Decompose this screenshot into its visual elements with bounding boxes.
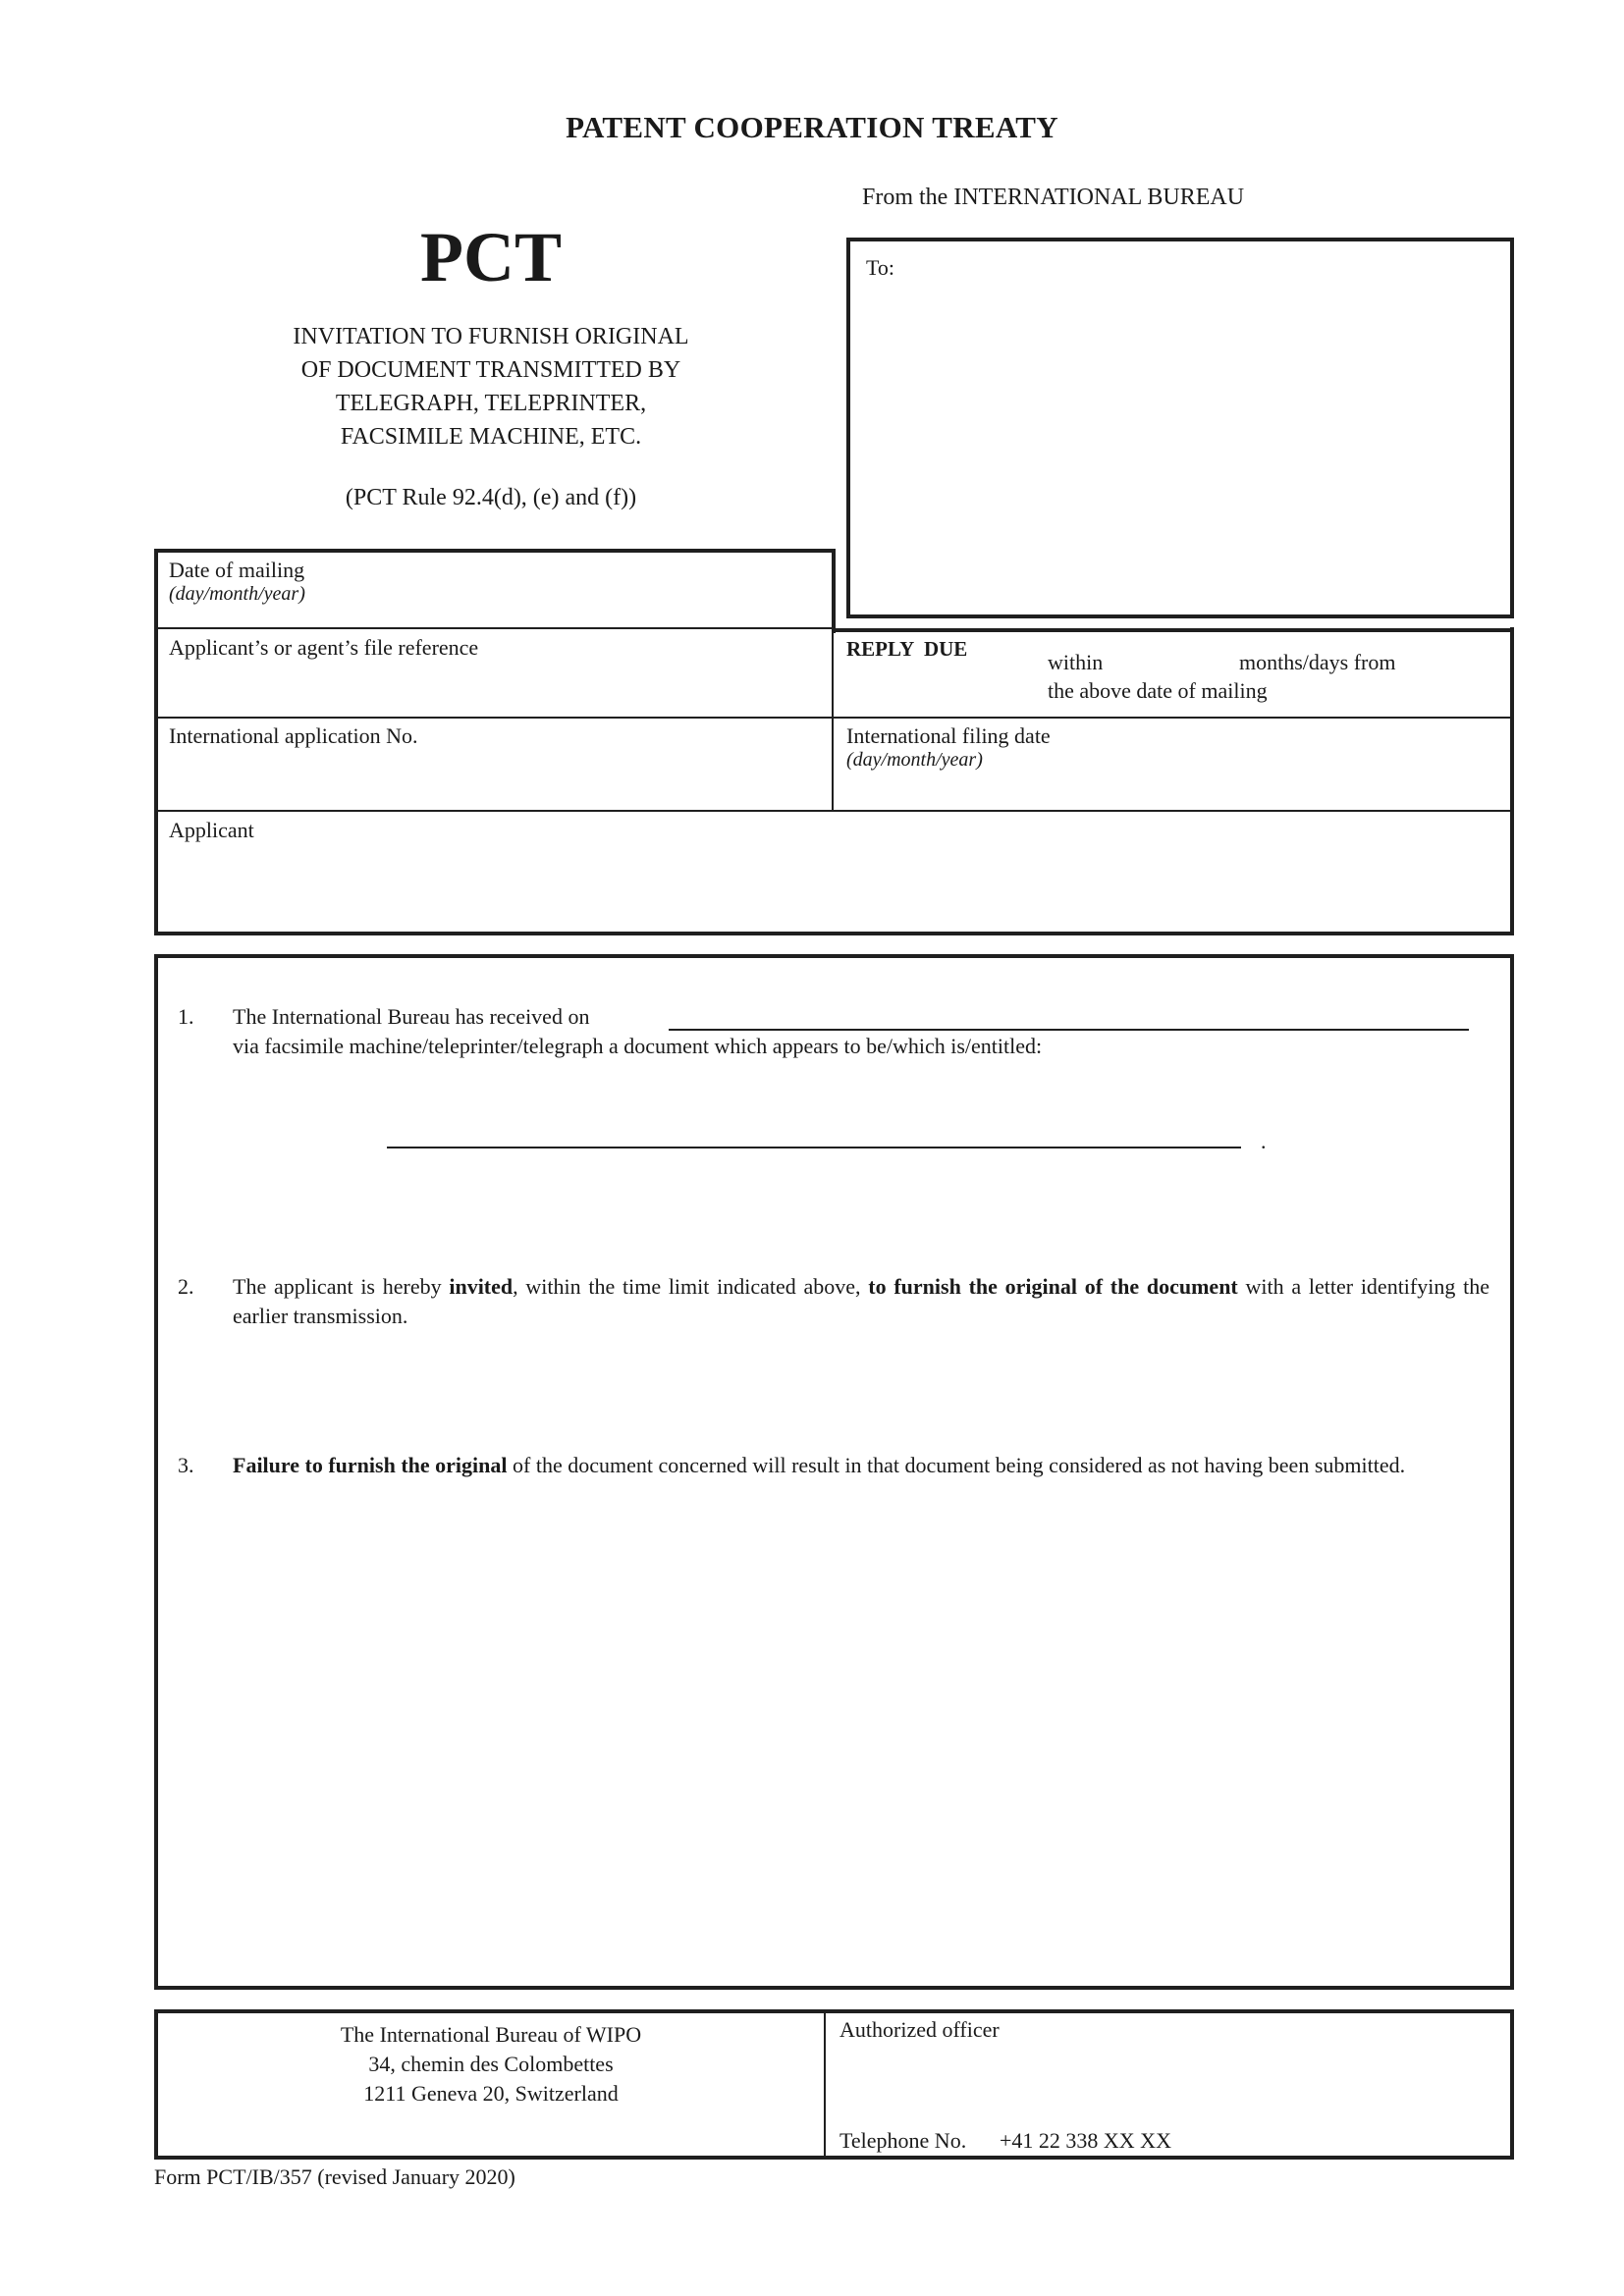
text-run: of the document concerned will result in… (508, 1453, 1406, 1477)
office-address: The International Bureau of WIPO 34, che… (158, 2020, 824, 2109)
text-run: The applicant is hereby (233, 1274, 449, 1299)
item-number: 1. (178, 1002, 194, 1032)
pct-logo-text: PCT (157, 218, 825, 296)
rule-reference: (PCT Rule 92.4(d), (e) and (f)) (157, 485, 825, 511)
treaty-title: PATENT COOPERATION TREATY (0, 110, 1624, 145)
item-1-line2: via facsimile machine/teleprinter/telegr… (233, 1032, 1042, 1061)
text-run-bold: invited (449, 1274, 513, 1299)
item-3-text: Failure to furnish the original of the d… (233, 1451, 1489, 1480)
file-reference-label: Applicant’s or agent’s file reference (169, 633, 478, 663)
form-caption: Form PCT/IB/357 (revised January 2020) (154, 2163, 515, 2192)
text-run-bold: to furnish the original of the document (868, 1274, 1237, 1299)
item-1-terminator: . (1261, 1127, 1267, 1156)
telephone-label: Telephone No. (839, 2126, 966, 2156)
document-title-blank[interactable] (387, 1147, 1241, 1148)
text-run-bold: Failure to furnish the original (233, 1453, 508, 1477)
item-1-line1: The International Bureau has received on (233, 1002, 589, 1032)
item-2-text: The applicant is hereby invited, within … (233, 1272, 1489, 1331)
applicant-label: Applicant (169, 816, 254, 845)
item-number: 2. (178, 1272, 194, 1302)
text-run: , within the time limit indicated above, (513, 1274, 868, 1299)
telephone-value: +41 22 338 XX XX (1000, 2126, 1171, 2156)
international-filing-date-label: International filing date (846, 721, 1051, 751)
form-title: INVITATION TO FURNISH ORIGINAL OF DOCUME… (157, 320, 825, 454)
international-filing-date-hint: (day/month/year) (846, 749, 983, 771)
from-line: From the INTERNATIONAL BUREAU (862, 183, 1244, 212)
international-application-no-label: International application No. (169, 721, 418, 751)
received-on-blank[interactable] (669, 1029, 1469, 1031)
date-of-mailing-hint: (day/month/year) (169, 583, 305, 605)
applicant-field[interactable] (154, 811, 1509, 931)
office-address-line: 1211 Geneva 20, Switzerland (158, 2079, 824, 2109)
form-title-line: OF DOCUMENT TRANSMITTED BY (157, 353, 825, 387)
reply-due-within: within (1048, 648, 1103, 677)
reply-due-unit: months/days from (1239, 648, 1396, 677)
form-title-line: FACSIMILE MACHINE, ETC. (157, 420, 825, 454)
date-of-mailing-label: Date of mailing (169, 556, 304, 585)
reply-due-label: REPLY DUE (846, 634, 967, 664)
to-label: To: (866, 255, 894, 281)
office-address-line: The International Bureau of WIPO (158, 2020, 824, 2050)
reply-due-tail: the above date of mailing (1048, 676, 1268, 706)
addressee-box[interactable] (846, 238, 1514, 618)
form-title-line: INVITATION TO FURNISH ORIGINAL (157, 320, 825, 353)
office-address-line: 34, chemin des Colombettes (158, 2050, 824, 2079)
authorized-officer-label: Authorized officer (839, 2015, 1000, 2045)
item-number: 3. (178, 1451, 194, 1480)
form-title-line: TELEGRAPH, TELEPRINTER, (157, 387, 825, 420)
